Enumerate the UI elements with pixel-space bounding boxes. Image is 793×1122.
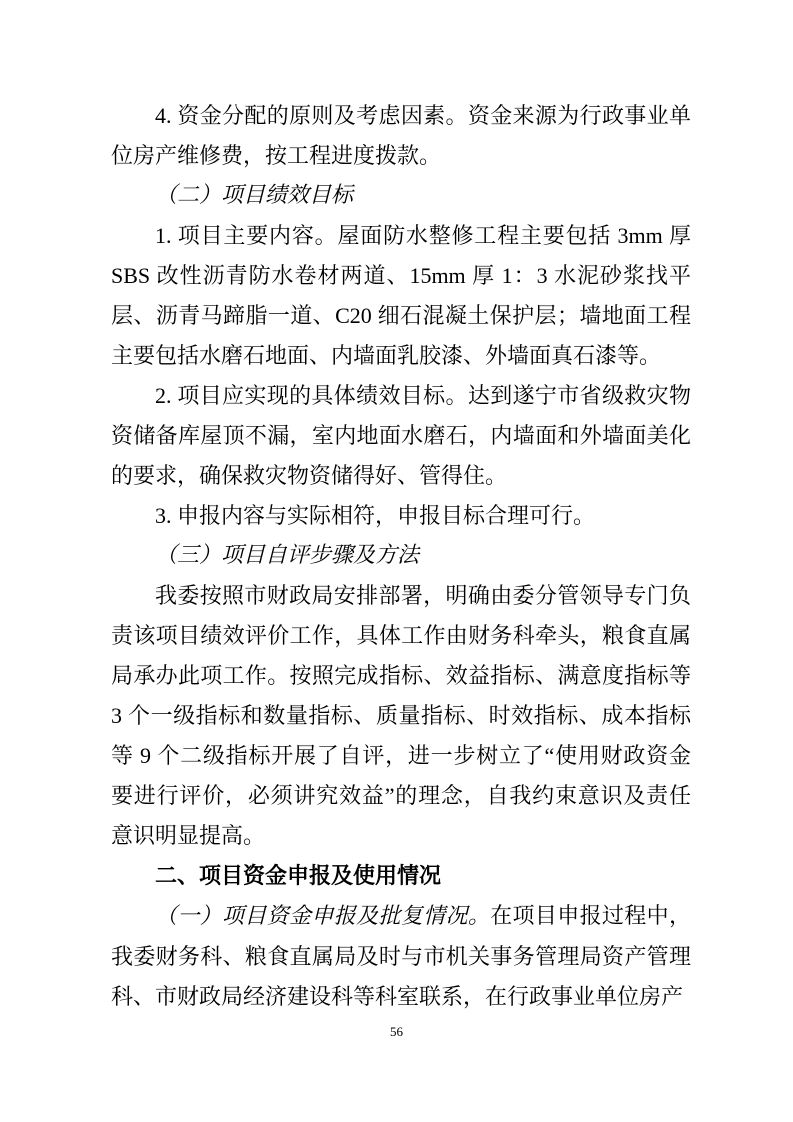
subheading-fund-application-lead: （一）项目资金申报及批复情况。 [155,904,490,929]
subheading-self-evaluation-steps: （三）项目自评步骤及方法 [111,536,691,576]
paragraph-project-main-content: 1. 项目主要内容。屋面防水整修工程主要包括 3mm 厚 SBS 改性沥青防水卷… [111,216,691,376]
heading-fund-application-and-usage: 二、项目资金申报及使用情况 [111,856,691,896]
paragraph-specific-performance-goals: 2. 项目应实现的具体绩效目标。达到遂宁市省级救灾物资储备库屋顶不漏，室内地面水… [111,376,691,496]
document-body: 4. 资金分配的原则及考虑因素。资金来源为行政事业单位房产维修费，按工程进度拨款… [111,96,691,1017]
paragraph-fund-allocation: 4. 资金分配的原则及考虑因素。资金来源为行政事业单位房产维修费，按工程进度拨款… [111,96,691,176]
paragraph-self-evaluation-process: 我委按照市财政局安排部署，明确由委分管领导专门负责该项目绩效评价工作，具体工作由… [111,576,691,856]
paragraph-declaration-consistency: 3. 申报内容与实际相符，申报目标合理可行。 [111,496,691,536]
document-page: 4. 资金分配的原则及考虑因素。资金来源为行政事业单位房产维修费，按工程进度拨款… [0,0,793,1122]
page-number: 56 [0,1024,793,1040]
subheading-project-performance-goals: （二）项目绩效目标 [111,176,691,216]
paragraph-fund-application-approval: （一）项目资金申报及批复情况。在项目申报过程中，我委财务科、粮食直属局及时与市机… [111,896,691,1017]
